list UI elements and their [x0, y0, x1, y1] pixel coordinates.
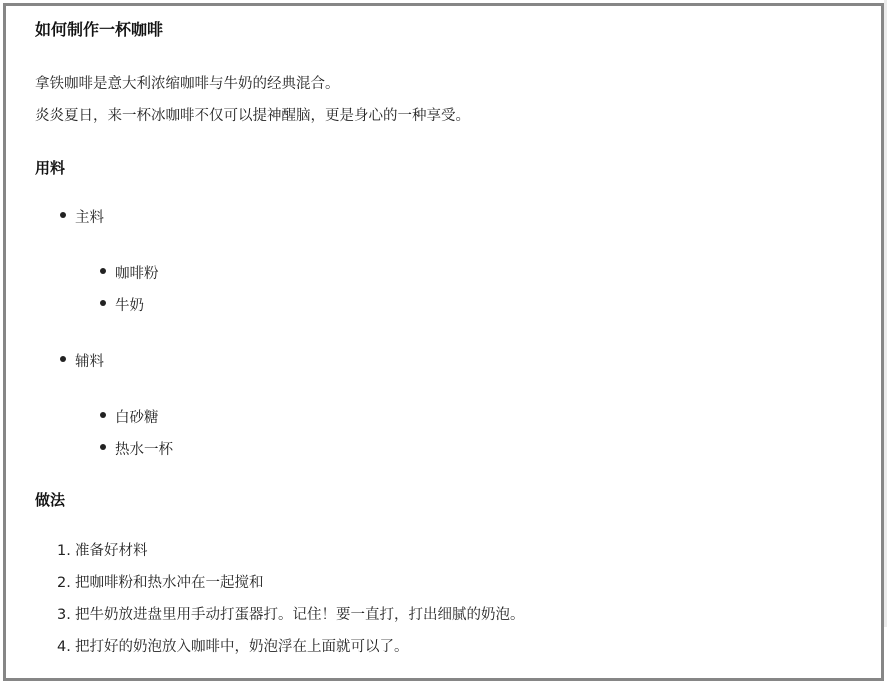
- step-text: 把咖啡粉和热水冲在一起搅和: [75, 573, 264, 593]
- bullet-icon: [60, 212, 66, 218]
- list-item: 热水一杯: [115, 440, 173, 460]
- document-content: 如何制作一杯咖啡 拿铁咖啡是意大利浓缩咖啡与牛奶的经典混合。 炎炎夏日，来一杯冰…: [6, 6, 881, 678]
- page-title: 如何制作一杯咖啡: [35, 20, 163, 40]
- bullet-icon: [100, 268, 106, 274]
- intro-paragraph-2: 炎炎夏日，来一杯冰咖啡不仅可以提神醒脑，更是身心的一种享受。: [35, 106, 470, 126]
- method-heading: 做法: [35, 490, 65, 510]
- bullet-icon: [100, 412, 106, 418]
- step-number: 1.: [57, 541, 71, 561]
- ingredients-heading: 用料: [35, 158, 65, 178]
- list-item: 咖啡粉: [115, 264, 159, 284]
- intro-paragraph-1: 拿铁咖啡是意大利浓缩咖啡与牛奶的经典混合。: [35, 74, 340, 94]
- ingredient-group-label: 主料: [75, 208, 104, 228]
- list-item: 牛奶: [115, 296, 144, 316]
- bullet-icon: [100, 300, 106, 306]
- ingredient-group-label: 辅料: [75, 352, 104, 372]
- bullet-icon: [100, 444, 106, 450]
- list-item: 白砂糖: [115, 408, 159, 428]
- step-text: 准备好材料: [75, 541, 148, 561]
- bullet-icon: [60, 356, 66, 362]
- document-frame: 如何制作一杯咖啡 拿铁咖啡是意大利浓缩咖啡与牛奶的经典混合。 炎炎夏日，来一杯冰…: [3, 3, 884, 681]
- step-text: 把牛奶放进盘里用手动打蛋器打。记住！要一直打，打出细腻的奶泡。: [75, 605, 525, 625]
- step-number: 3.: [57, 605, 71, 625]
- step-number: 4.: [57, 637, 71, 657]
- step-text: 把打好的奶泡放入咖啡中，奶泡浮在上面就可以了。: [75, 637, 409, 657]
- step-number: 2.: [57, 573, 71, 593]
